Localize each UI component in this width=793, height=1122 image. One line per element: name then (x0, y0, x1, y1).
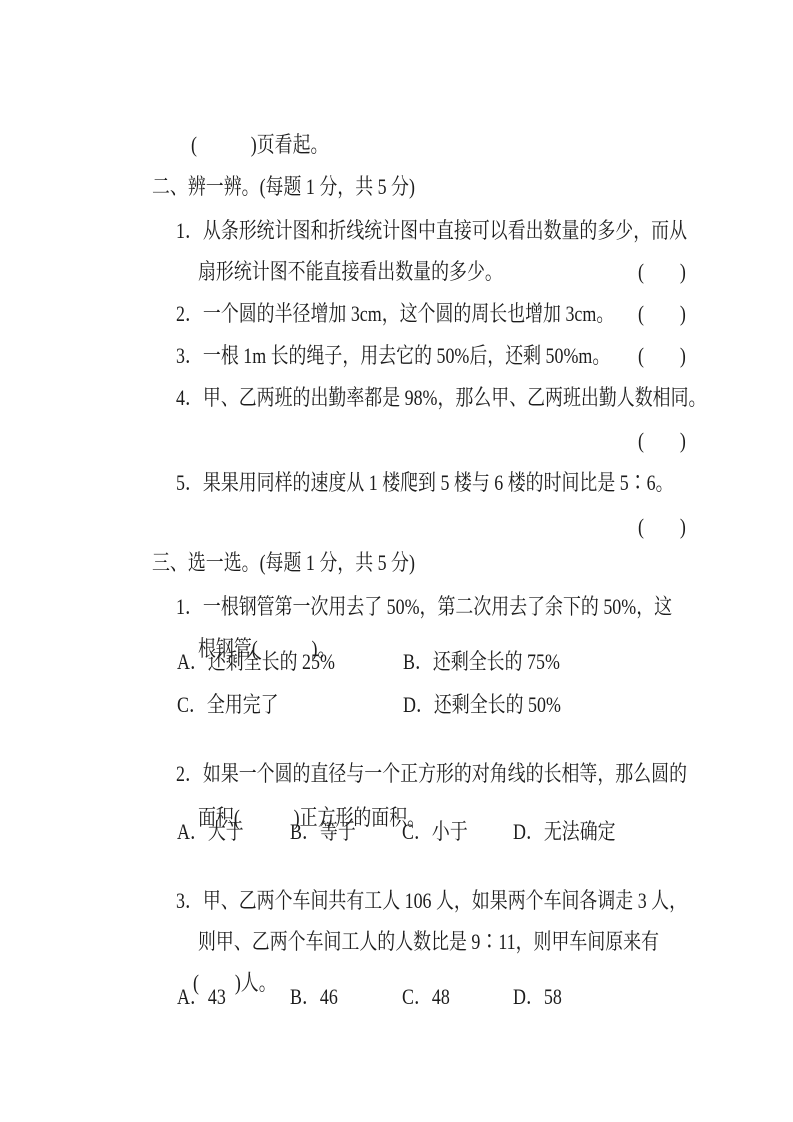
s3-q2-options-row: A．大于 B．等于 C．小于 D．无法确定 (0, 818, 793, 845)
exam-paper-page: ( )页看起。 二、辨一辨。(每题 1 分，共 5 分) 1．从条形统计图和折线… (0, 0, 793, 1122)
option-c: C．小于 (402, 818, 468, 845)
option-a: A．43 (177, 983, 226, 1010)
s3-q1-options-row2: C．全用完了 D．还剩全长的 50% (0, 691, 793, 718)
option-a: A．大于 (177, 818, 244, 845)
s3-q3-options-row: A．43 B．46 C．48 D．58 (0, 983, 793, 1010)
option-b: B．46 (290, 983, 338, 1010)
s2-q5-answer-blank: ( ) (616, 486, 697, 567)
answer-paren: ( ) (638, 513, 686, 540)
option-c: C．48 (402, 983, 450, 1010)
option-b: B．还剩全长的 75% (403, 648, 560, 675)
option-d: D．还剩全长的 50% (403, 691, 561, 718)
option-b: B．等于 (290, 818, 356, 845)
s2-q4-line: 4．甲、乙两班的出勤率都是 98%，那么甲、乙两班出勤人数相同。 (154, 357, 793, 438)
s3-q1-options-row1: A．还剩全长的 25% B．还剩全长的 75% (0, 648, 793, 675)
option-d: D．无法确定 (513, 818, 616, 845)
option-c: C．全用完了 (177, 691, 279, 718)
s2-q5-text: 5．果果用同样的速度从 1 楼爬到 5 楼与 6 楼的时间比是 5∶6。 (176, 469, 674, 496)
option-d: D．58 (513, 983, 562, 1010)
option-a: A．还剩全长的 25% (177, 648, 335, 675)
